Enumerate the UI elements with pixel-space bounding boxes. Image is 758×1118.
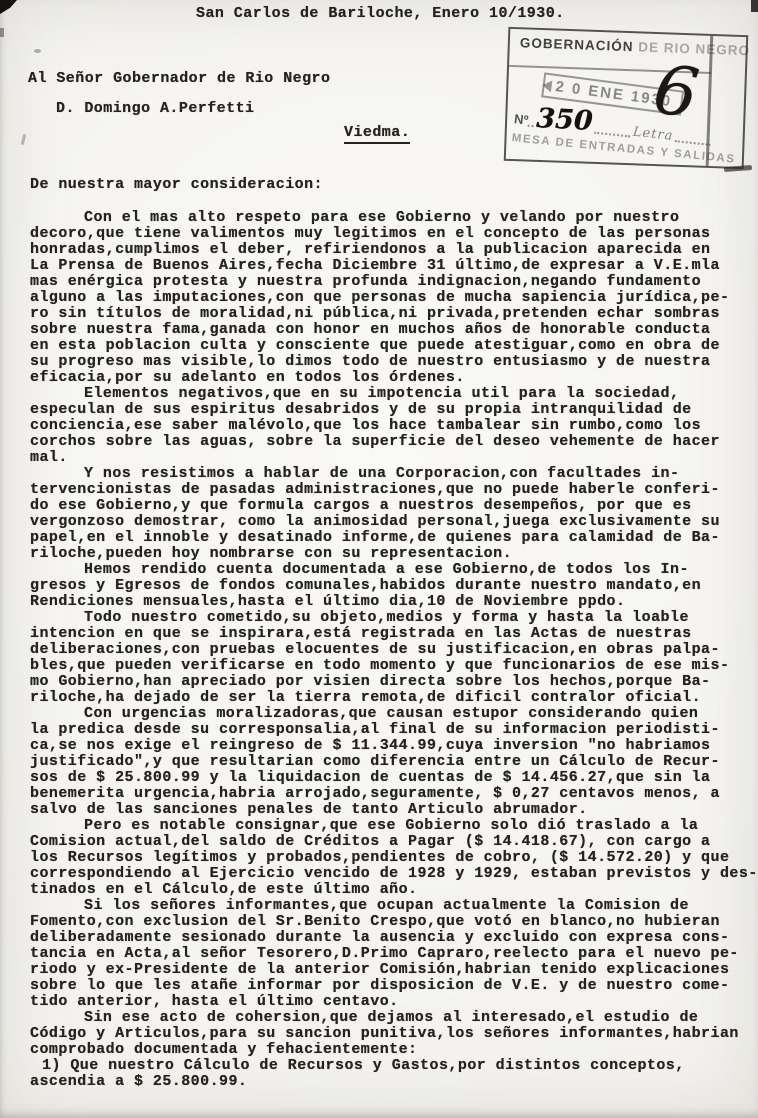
stamp-arrow-icon <box>536 78 552 92</box>
addressee-city: Viedma. <box>344 124 410 144</box>
body-line: Elementos negativos,que en su impotencia… <box>30 386 752 402</box>
body-line: Con urgencias moralizadoras,que causan e… <box>30 706 752 722</box>
body-line: deliberadamente sesionado durante la aus… <box>30 930 752 946</box>
body-line: Pero es notable consignar,que ese Gobier… <box>30 818 752 834</box>
handwritten-number-value: 350 <box>536 108 593 133</box>
body-line: riloche,pueden hoy nombrarse con su repr… <box>30 546 752 562</box>
body-line: mo Gobierno,han apreciado por visien dir… <box>30 674 752 690</box>
scan-artifact <box>0 0 17 14</box>
scan-artifact <box>34 49 41 53</box>
body-line: riodo y ex-Presidente de la anterior Com… <box>30 962 752 978</box>
body-line: su progreso mas visible,lo dimos todo de… <box>30 354 752 370</box>
letter-body: Con el mas alto respeto para ese Gobiern… <box>30 210 752 1090</box>
body-line: Hemos rendido cuenta documentada a ese G… <box>30 562 752 578</box>
salutation: De nuestra mayor consideracion: <box>30 176 323 193</box>
body-line: Fomento,con exclusion del Sr.Benito Cres… <box>30 914 752 930</box>
body-line: en esta poblacion culta y consciente que… <box>30 338 752 354</box>
body-line: alguno a las imputaciones,con que person… <box>30 290 752 306</box>
body-line: comprobado documentada y fehacientemente… <box>30 1042 752 1058</box>
addressee-title: Al Señor Gobernador de Rio Negro <box>28 70 330 87</box>
body-line: honradas,cumplimos el deber, refiriendon… <box>30 242 752 258</box>
body-line: ascendia a $ 25.800.99. <box>30 1074 752 1090</box>
body-line: Todo nuestro cometido,su objeto,medios y… <box>30 610 752 626</box>
addressee-name: D. Domingo A.Perfetti <box>56 100 254 117</box>
dotted-line <box>594 132 631 138</box>
body-line: tinados en el Cálculo,de este último año… <box>30 882 752 898</box>
body-line: la predica desde su corresponsalia,al fi… <box>30 722 752 738</box>
body-line: riloche,ha dejado de ser la tierra remot… <box>30 690 752 706</box>
body-line: justificado",y que resultarian como dife… <box>30 754 752 770</box>
dotted-line <box>675 140 711 146</box>
body-line: Código y Articulos,para su sancion punit… <box>30 1026 752 1042</box>
letter-dateline: San Carlos de Bariloche, Enero 10/1930. <box>196 5 565 22</box>
body-line: Comision actual,del saldo de Créditos a … <box>30 834 752 850</box>
body-line: decoro,que tiene valimentos muy legitimo… <box>30 226 752 242</box>
body-line: do ese Gobierno,y que formula cargos a n… <box>30 498 752 514</box>
body-line: Y nos resistimos a hablar de una Corpora… <box>30 466 752 482</box>
registry-stamp: GOBERNACIÓN DE RIO NEGRO 2 0 ENE 1930 6 … <box>504 27 749 169</box>
body-line: mas enérgica protesta y nuestra profunda… <box>30 274 752 290</box>
body-line: 1) Que nuestro Cálculo de Recursos y Gas… <box>30 1058 752 1074</box>
body-line: ro sin títulos de moralidad,ni pública,n… <box>30 306 752 322</box>
body-line: corchos sobre las aguas, sobre la superf… <box>30 434 752 450</box>
body-line: ca,se nos exige el reingreso de $ 11.344… <box>30 738 752 754</box>
body-line: benemerita urgencia,habria arrojado,segu… <box>30 786 752 802</box>
body-line: intencion en que se inspirara,está regis… <box>30 626 752 642</box>
body-line: papel,en el innoble y desatinado informe… <box>30 530 752 546</box>
scanned-letter-page: San Carlos de Bariloche, Enero 10/1930. … <box>0 0 758 1118</box>
body-line: correspondiendo al Ejercicio vencido de … <box>30 866 752 882</box>
body-line: salvo de las sanciones penales de tanto … <box>30 802 752 818</box>
body-line: sobre nuestra fama,ganada con honor en m… <box>30 322 752 338</box>
dotted-line <box>528 125 534 128</box>
body-line: los Recursos legítimos y probados,pendie… <box>30 850 752 866</box>
body-line: gresos y Egresos de fondos comunales,hab… <box>30 578 752 594</box>
body-line: Si los señores informantes,que ocupan ac… <box>30 898 752 914</box>
body-line: especulan de sus espiritus desabridos y … <box>30 402 752 418</box>
body-line: mal. <box>30 450 752 466</box>
body-line: Con el mas alto respeto para ese Gobiern… <box>30 210 752 226</box>
scan-artifact <box>21 134 27 145</box>
stamp-org-word1: GOBERNACIÓN <box>520 35 634 54</box>
stamp-letter-label: Letra <box>632 125 674 144</box>
body-line: tervencionistas de pasadas administracio… <box>30 482 752 498</box>
body-line: conciencia,ese saber malévolo,que los ha… <box>30 418 752 434</box>
body-line: bles,que pueden verificarse en todo mome… <box>30 658 752 674</box>
scan-artifact <box>0 28 4 37</box>
body-line: Sin ese acto de cohersion,que dejamos al… <box>30 1010 752 1026</box>
scan-artifact <box>751 0 758 12</box>
body-line: deliberaciones,con pruebas elocuentes de… <box>30 642 752 658</box>
body-line: sobre lo que les atañe informar por disp… <box>30 978 752 994</box>
body-line: La Prensa de Buenos Aires,fecha Diciembr… <box>30 258 752 274</box>
stamp-org-line: GOBERNACIÓN DE RIO NEGRO <box>520 35 751 58</box>
body-line: vergonzoso demostrar, como la animosidad… <box>30 514 752 530</box>
body-line: tido anterior, hasta el último centavo. <box>30 994 752 1010</box>
body-line: sos de $ 25.800.99 y la liquidacion de c… <box>30 770 752 786</box>
body-line: eficacia,por su adelanto en todos los ór… <box>30 370 752 386</box>
body-line: Rendiciones mensuales,hasta el último di… <box>30 594 752 610</box>
body-line: tancia en Acta,al señor Tesorero,D.Primo… <box>30 946 752 962</box>
